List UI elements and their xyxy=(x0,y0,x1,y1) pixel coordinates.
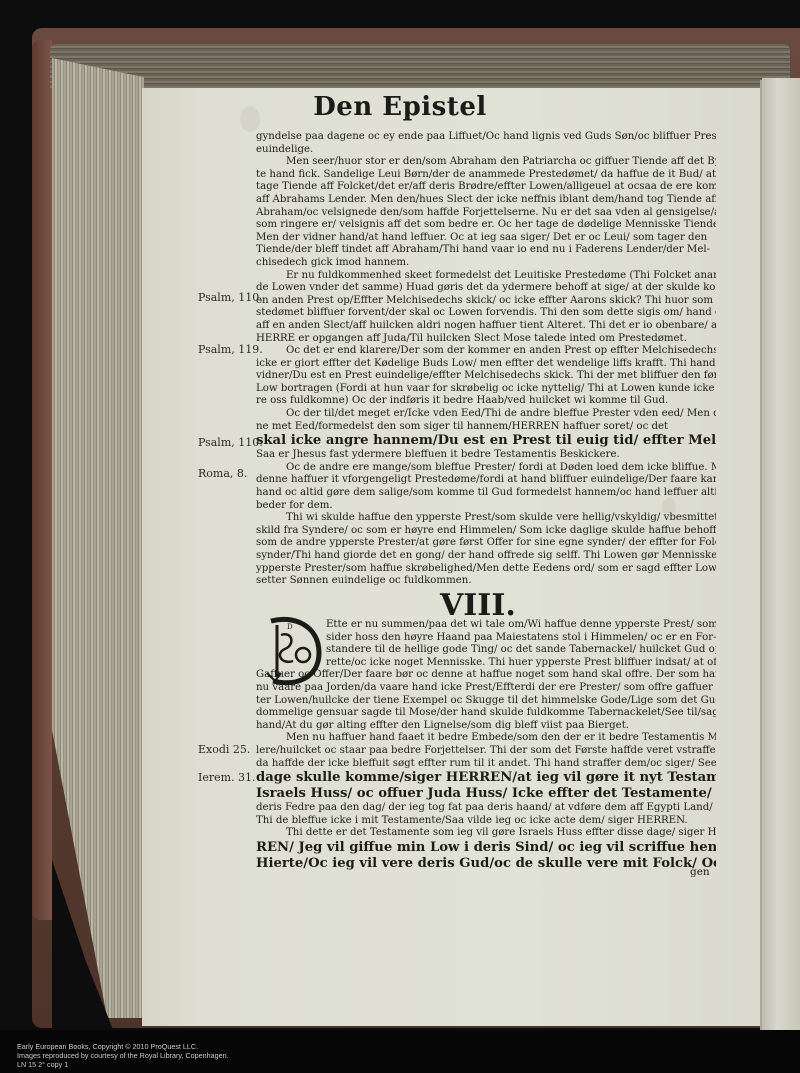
text-line: tage Tiende aff Folcket/det er/aff deris… xyxy=(256,181,716,194)
text-line: stedømet bliffuer forvent/der skal oc Lo… xyxy=(256,307,716,320)
page-block-top-edge xyxy=(50,44,790,88)
marginal-reference: Psalm, 119. xyxy=(198,343,263,356)
marginal-reference: Psalm, 110. xyxy=(198,291,263,304)
text-line: Abraham/oc velsignede den/som haffde For… xyxy=(256,207,716,220)
text-line: te hand fick. Sandelige Leui Børn/der de… xyxy=(256,169,716,182)
text-line: dommelige gensuar sagde til Mose/der han… xyxy=(256,707,716,720)
text-line: Low bortragen (Fordi at hun vaar for skr… xyxy=(256,383,716,396)
text-line: aff Abrahams Lender. Men den/hues Slect … xyxy=(256,194,716,207)
text-line: standere til de hellige gode Ting/ oc de… xyxy=(256,644,716,657)
text-line: beder for dem. xyxy=(256,500,716,513)
text-line: nu vaare paa Jorden/da vaare hand icke P… xyxy=(256,682,716,695)
text-line: som ringere er/ velsignis aff det som be… xyxy=(256,219,716,232)
text-line: re oss fuldkomne) Oc der indføris it bed… xyxy=(256,395,716,408)
text-line: Thi de bleffue icke i mit Testamente/Saa… xyxy=(256,815,716,828)
text-line: rette/oc icke noget Mennisske. Thi huer … xyxy=(256,657,716,670)
text-line: aff en anden Slect/aff huilcken aldri no… xyxy=(256,320,716,333)
text-line: synder/Thi hand giorde det en gong/ der … xyxy=(256,550,716,563)
text-line: Men nu haffuer hand faaet it bedre Embed… xyxy=(256,732,716,745)
text-line: Men seer/huor stor er den/som Abraham de… xyxy=(256,156,716,169)
text-line: Er nu fuldkommenhed skeet formedelst det… xyxy=(256,270,716,283)
text-line: Hierte/Oc ieg vil vere deris Gud/oc de s… xyxy=(256,856,716,872)
text-line: Thi wi skulde haffue den ypperste Prest/… xyxy=(256,512,716,525)
text-line: icke er giort effter det Kødelige Buds L… xyxy=(256,358,716,371)
text-line: som de andre ypperste Prester/at gøre fø… xyxy=(256,537,716,550)
text-line: vidner/Du est en Prest euindelige/effter… xyxy=(256,370,716,383)
marginal-reference: Ierem. 31. xyxy=(198,771,256,784)
chapter-number: VIII. xyxy=(440,588,516,623)
text-line: euindelige. xyxy=(256,144,716,157)
marginal-reference: Exodi 25. xyxy=(198,743,250,756)
text-line: Gaffuer oc Offer/Der faare bør oc denne … xyxy=(256,669,716,682)
text-line: sider hoss den høyre Haand paa Maiestate… xyxy=(256,632,716,645)
running-head: Den Epistel xyxy=(0,92,800,122)
text-line: Israels Huss/ oc offuer Juda Huss/ Icke … xyxy=(256,786,716,802)
text-line: dage skulle komme/siger HERREN/at ieg vi… xyxy=(256,770,716,786)
text-line: Men der vidner hand/at hand leffuer. Oc … xyxy=(256,232,716,245)
text-line: ne met Eed/formedelst den som siger til … xyxy=(256,421,716,434)
text-line: Oc de andre ere mange/som bleffue Preste… xyxy=(256,462,716,475)
text-line: ypperste Prester/som haffue skrøbelighed… xyxy=(256,563,716,576)
catchword: gen xyxy=(690,866,710,878)
text-line: chisedech gick imod hannem. xyxy=(256,257,716,270)
courtesy-line: Images reproduced by courtesy of the Roy… xyxy=(17,1051,229,1060)
body-text: gyndelse paa dagene oc ey ende paa Liffu… xyxy=(256,131,716,588)
text-line: hand/At du gør alting effter den Lignels… xyxy=(256,720,716,733)
copyright-footer: Early European Books, Copyright © 2010 P… xyxy=(0,1030,800,1073)
chapter-text: Ette er nu summen/paa det wi tale om/Wi … xyxy=(256,619,716,872)
text-line: lere/huilcket oc staar paa bedre Forjett… xyxy=(256,745,716,758)
text-line: REN/ Jeg vil giffue min Low i deris Sind… xyxy=(256,840,716,856)
text-line: en anden Prest op/Effter Melchisedechs s… xyxy=(256,295,716,308)
text-line: skal icke angre hannem/Du est en Prest t… xyxy=(256,433,716,449)
book-scan-image: Den Epistel gyndelse paa dagene oc ey en… xyxy=(0,0,800,1030)
text-line: setter Sønnen euindelige oc fuldkommen. xyxy=(256,575,716,588)
copyright-line: Early European Books, Copyright © 2010 P… xyxy=(17,1042,198,1051)
text-line: Thi dette er det Testamente som ieg vil … xyxy=(256,827,716,840)
text-line: Ette er nu summen/paa det wi tale om/Wi … xyxy=(256,619,716,632)
marginal-reference: Psalm, 110. xyxy=(198,436,263,449)
text-line: denne haffuer it vforgengeligt Prestedøm… xyxy=(256,474,716,487)
text-line: hand oc altid gøre dem salige/som komme … xyxy=(256,487,716,500)
text-line: deris Fedre paa den dag/ der ieg tog fat… xyxy=(256,802,716,815)
text-line: Tiende/der bleff tindet aff Abraham/Thi … xyxy=(256,244,716,257)
text-line: Oc det er end klarere/Der som der kommer… xyxy=(256,345,716,358)
text-line: Saa er Jhesus fast ydermere bleffuen it … xyxy=(256,449,716,462)
book-cover-edge xyxy=(32,40,52,920)
text-line: da haffde der icke bleffuit søgt effter … xyxy=(256,758,716,771)
shelfmark-line: LN 15 2° copy 1 xyxy=(17,1060,68,1069)
facing-page-edge xyxy=(762,78,800,1030)
text-line: ter Lowen/huilcke der tiene Exempel oc S… xyxy=(256,695,716,708)
text-line: skild fra Syndere/ oc som er høyre end H… xyxy=(256,525,716,538)
text-line: de Lowen vnder det samme) Huad gøris det… xyxy=(256,282,716,295)
text-line: gyndelse paa dagene oc ey ende paa Liffu… xyxy=(256,131,716,144)
marginal-reference: Roma, 8. xyxy=(198,467,247,480)
text-line: Oc der til/det meget er/Icke vden Eed/Th… xyxy=(256,408,716,421)
text-line: HERRE er opgangen aff Juda/Til huilcken … xyxy=(256,333,716,346)
